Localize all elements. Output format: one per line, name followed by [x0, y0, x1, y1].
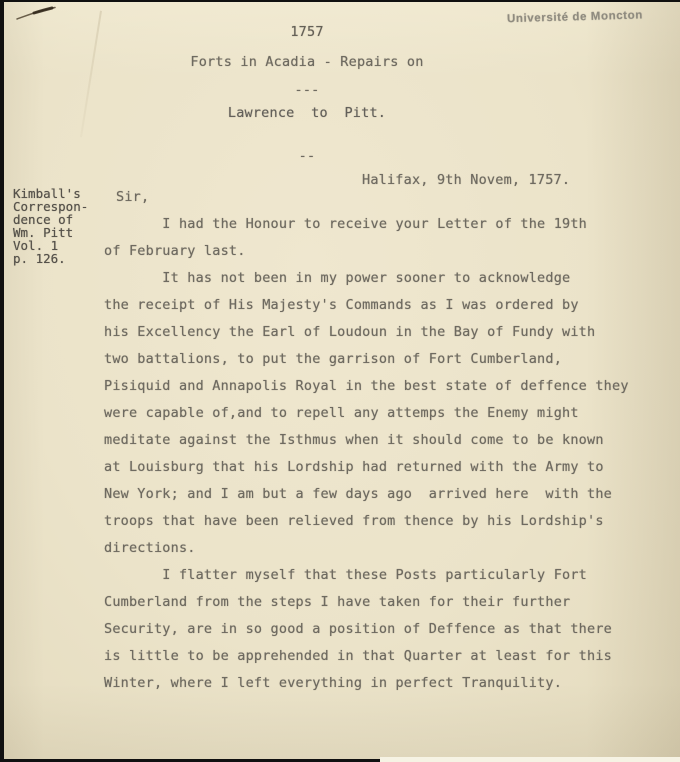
- typed-line: two battalions, to put the garrison of F…: [104, 346, 664, 373]
- typed-line: Security, are in so good a position of D…: [104, 616, 664, 643]
- typed-line: New York; and I am but a few days ago ar…: [104, 481, 664, 508]
- typed-line: is little to be apprehended in that Quar…: [104, 643, 664, 670]
- scan-backing-gap: [380, 757, 680, 762]
- document-year: 1757: [4, 24, 610, 40]
- typed-line: I flatter myself that these Posts partic…: [104, 562, 664, 589]
- correspondents-line: Lawrence to Pitt.: [4, 105, 610, 121]
- typed-line: the receipt of His Majesty's Commands as…: [104, 292, 664, 319]
- typed-line: troops that have been relieved from then…: [104, 508, 664, 535]
- scanned-letter: Université de Moncton 1757 Forts in Acad…: [0, 0, 680, 762]
- letter-body: I had the Honour to receive your Letter …: [104, 211, 664, 697]
- university-stamp: Université de Moncton: [507, 9, 667, 25]
- margin-citation-line: p. 126.: [13, 253, 105, 266]
- typed-line: I had the Honour to receive your Letter …: [104, 211, 664, 238]
- typed-line: of February last.: [104, 238, 664, 265]
- typed-line: Pisiquid and Annapolis Royal in the best…: [104, 373, 664, 400]
- dateline: Halifax, 9th Novem, 1757.: [362, 172, 570, 188]
- typed-line: It has not been in my power sooner to ac…: [104, 265, 664, 292]
- typed-line: meditate against the Isthmus when it sho…: [104, 427, 664, 454]
- typed-line: Winter, where I left everything in perfe…: [104, 670, 664, 697]
- margin-citation: Kimball'sCorrespon-dence ofWm. PittVol. …: [13, 188, 105, 265]
- typed-line: at Louisburg that his Lordship had retur…: [104, 454, 664, 481]
- typed-line: were capable of,and to repell any attemp…: [104, 400, 664, 427]
- separator-dashes-small: --: [4, 148, 610, 164]
- typed-line: Cumberland from the steps I have taken f…: [104, 589, 664, 616]
- separator-dashes: ---: [4, 82, 610, 98]
- typed-line: directions.: [104, 535, 664, 562]
- paper-page: Université de Moncton 1757 Forts in Acad…: [4, 2, 680, 759]
- salutation: Sir,: [116, 189, 149, 205]
- document-title: Forts in Acadia - Repairs on: [4, 54, 610, 70]
- typed-line: his Excellency the Earl of Loudoun in th…: [104, 319, 664, 346]
- pen-mark: [14, 3, 59, 23]
